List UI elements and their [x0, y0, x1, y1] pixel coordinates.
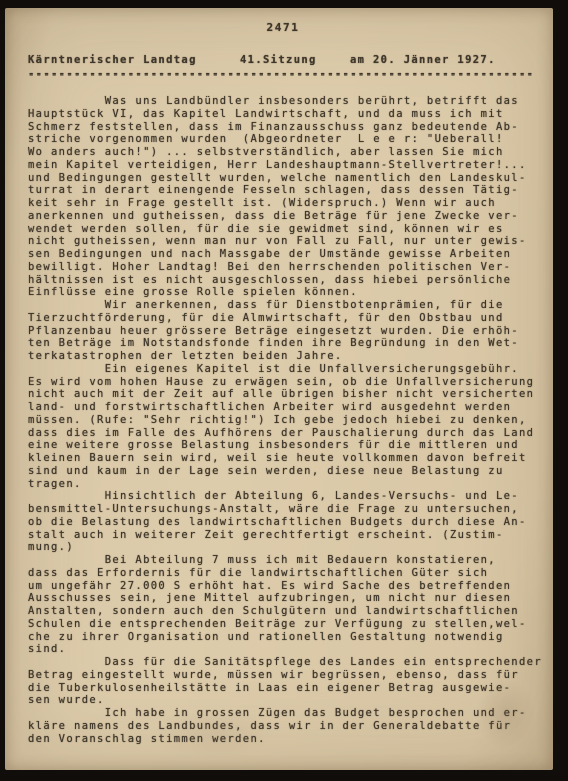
- paragraph: Bei Abteilung 7 muss ich mit Bedauern ko…: [28, 554, 544, 656]
- header-session-number: 41.Sitzung: [240, 54, 317, 66]
- header-date: am 20. Jänner 1927.: [350, 54, 496, 66]
- document-body: Was uns Landbündler insbesonders berührt…: [28, 95, 544, 745]
- header-dashed-divider: ----------------------------------------…: [28, 68, 548, 80]
- document-page: 2471 Kärntnerischer Landtag 41.Sitzung a…: [5, 8, 553, 770]
- paragraph: Wir anerkennen, dass für Dienstbotenpräm…: [28, 299, 544, 363]
- paragraph: Ein eigenes Kapitel ist die Unfallversic…: [28, 363, 544, 491]
- paragraph: Hinsichtlich der Abteilung 6, Landes-Ver…: [28, 490, 544, 554]
- paragraph: Dass für die Sanitätspflege des Landes e…: [28, 656, 544, 707]
- document-header: Kärntnerischer Landtag 41.Sitzung am 20.…: [5, 54, 553, 68]
- header-title: Kärntnerischer Landtag: [28, 54, 197, 66]
- paragraph: Ich habe in grossen Zügen das Budget bes…: [28, 707, 544, 745]
- paragraph: Was uns Landbündler insbesonders berührt…: [28, 95, 544, 299]
- page-number: 2471: [5, 21, 553, 34]
- scanned-document-background: 2471 Kärntnerischer Landtag 41.Sitzung a…: [0, 0, 568, 781]
